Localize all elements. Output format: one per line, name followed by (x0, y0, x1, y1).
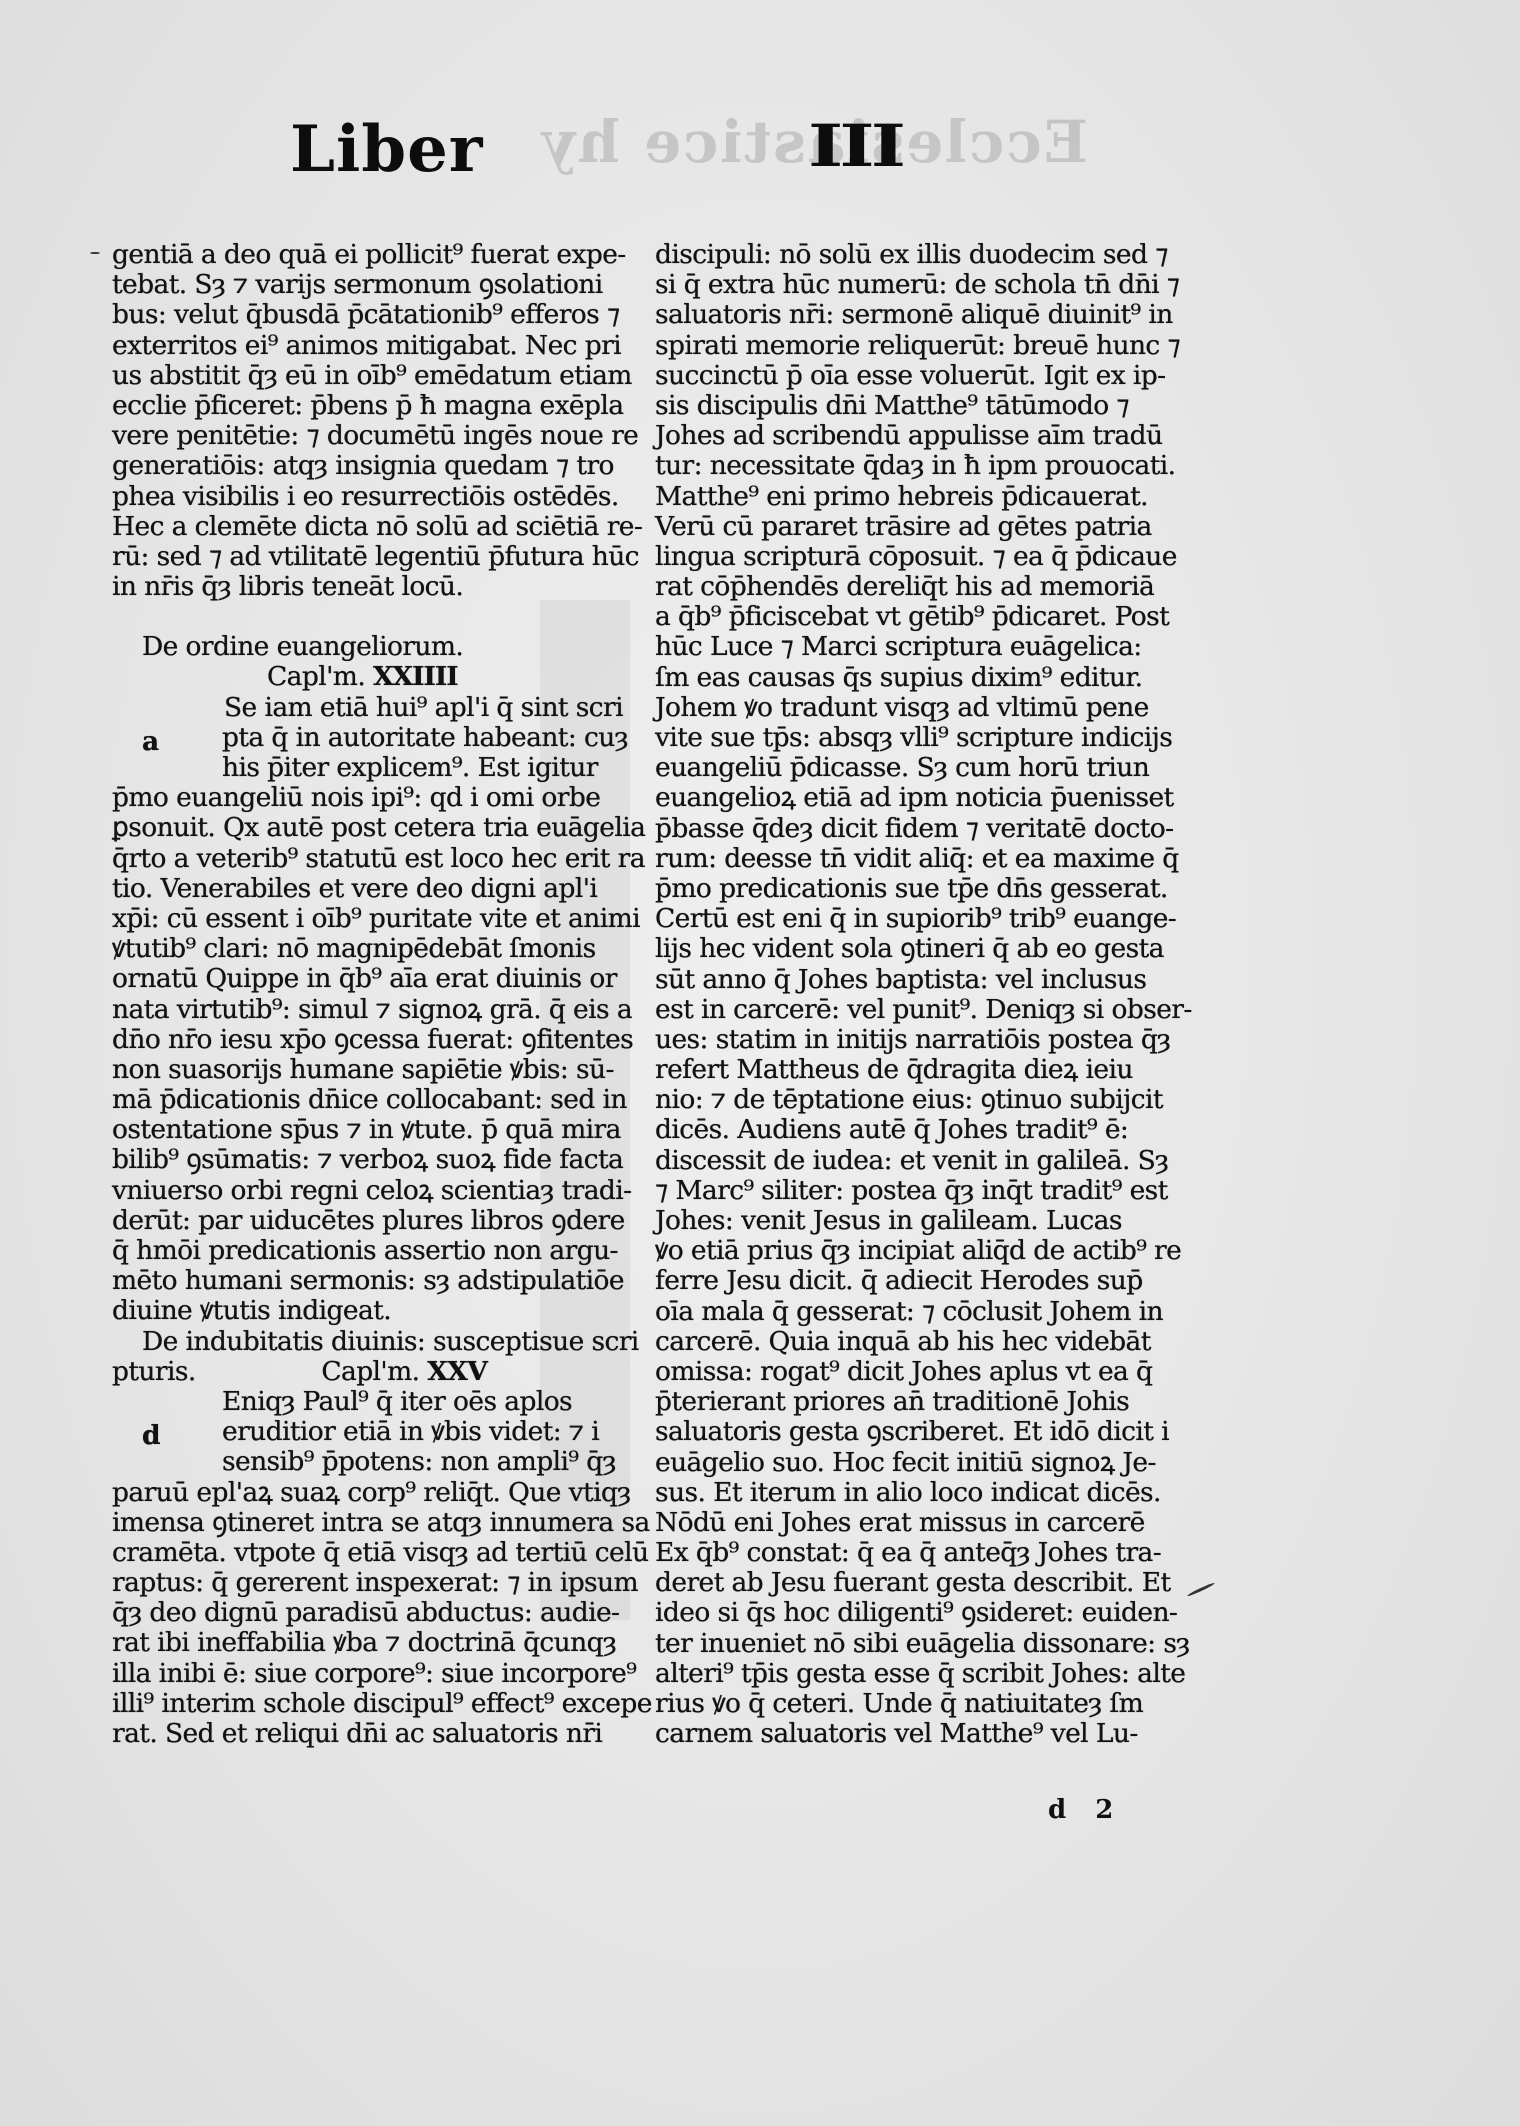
text-line: omissa: rogat⁹ dicit Johes aplus vt ea q… (655, 1357, 1175, 1387)
text-line: discipuli: nō solū ex illis duodecim sed… (655, 240, 1175, 270)
text-line: tur: necessitate q̄daȝ in ħ ipm prouocat… (655, 451, 1175, 481)
text-line: Verū cū pararet trāsire ad gētes patria (655, 512, 1175, 542)
text-line: euangeliū p̄dicasse. Sȝ cum horū triun (655, 753, 1175, 783)
guide-letter: a (142, 727, 159, 757)
text-line: saluatoris nr̄i: sermonē aliquē diuinit⁹… (655, 300, 1175, 330)
text-line: vniuerso orbi regni celoꝝ scientiaȝ trad… (112, 1176, 622, 1206)
text-line: bilib⁹ ꝯsūmatis: ⁊ verboꝝ suoꝝ fide fact… (112, 1145, 622, 1175)
text-line: p̄mo predicationis sue tp̄e dn̄s gessera… (655, 874, 1175, 904)
text-line: p̄terierant priores an̄ traditionē Johis (655, 1387, 1175, 1417)
text-line: q̄ hmōi predicationis assertio non argu- (112, 1236, 622, 1266)
text-line: ⁊ Marc⁹ siliter: postea q̄ȝ inq̄t tradit… (655, 1176, 1175, 1206)
text-line: ꝑsonuit. Qx autē post cetera tria euāgel… (112, 813, 622, 843)
text-line: euangelioꝝ etiā ad ipm noticia p̄uenisse… (655, 783, 1175, 813)
guide-letter: d (142, 1421, 160, 1451)
text-line: xp̄i: cū essent i oīb⁹ puritate vite et … (112, 904, 622, 934)
text-line: q̄ȝ deo dignū paradisū abductus: audie- (112, 1598, 622, 1628)
text-line: est in carcerē: vel punit⁹. Deniqȝ si ob… (655, 995, 1175, 1025)
chapter-title: De indubitatis diuinis: susceptisue scri (112, 1327, 622, 1357)
text-line: paruū epl'aꝝ suaꝝ corp⁹ reliq̄t. Que vti… (112, 1478, 622, 1508)
text-line: rat ibi ineffabilia ꝟba ⁊ doctrinā q̄cun… (112, 1628, 622, 1658)
text-line: dn̄o nr̄o iesu xp̄o ꝯcessa fuerat: ꝯfite… (112, 1025, 622, 1055)
text-line: vere penitētie: ⁊ documētū ingēs noue re (112, 421, 622, 451)
text-line: diuine ꝟtutis indigeat. (112, 1296, 622, 1326)
text-line: ꝟtutib⁹ clari: nō magnipēdebāt ſmonis (112, 934, 622, 964)
text-line: sus. Et iterum in alio loco indicat dicē… (655, 1478, 1175, 1508)
text-line: illi⁹ interim schole discipul⁹ effect⁹ e… (112, 1689, 622, 1719)
text-line: cramēta. vtpote q̄ etiā visqȝ ad tertiū … (112, 1538, 622, 1568)
dropcap-block: a Se iam etiā hui⁹ apl'i q̄ sint scri pt… (112, 693, 622, 784)
text-line: us abstitit q̄ȝ eū in oīb⁹ emēdatum etia… (112, 361, 622, 391)
text-line: his p̄iter explicem⁹. Est igitur (222, 753, 622, 783)
text-line: tio. Venerabiles et vere deo digni apl'i (112, 874, 622, 904)
text-line: raptus: q̄ gererent inspexerat: ⁊ in ips… (112, 1568, 622, 1598)
text-line: Se iam etiā hui⁹ apl'i q̄ sint scri (112, 693, 622, 723)
text-line: mā p̄dicationis dn̄ice collocabant: sed … (112, 1085, 622, 1115)
text-line: hūc Luce ⁊ Marci scriptura euāgelica: (655, 632, 1175, 662)
text-line: exterritos ei⁹ animos mitigabat. Nec pri (112, 331, 622, 361)
text-line: ferre Jesu dicit. q̄ adiecit Herodes sup… (655, 1266, 1175, 1296)
text-line: illa inibi ē: siue corpore⁹: siue incorp… (112, 1659, 622, 1689)
text-line: Matthe⁹ eni primo hebreis p̄dicauerat. (655, 482, 1175, 512)
text-line: rius ꝟo q̄ ceteri. Unde q̄ natiuitateȝ ſ… (655, 1689, 1175, 1719)
text-line: ornatū Quippe in q̄b⁹ aīa erat diuinis o… (112, 964, 622, 994)
text-line: p̄mo euangeliū nois ipi⁹: qd i omi orbe (112, 783, 622, 813)
text-line: a q̄b⁹ p̄ficiscebat vt gētib⁹ p̄dicaret.… (655, 602, 1175, 632)
text-line: rat cōp̄hendēs dereliq̄t his ad memoriā (655, 572, 1175, 602)
text-line: Certū est eni q̄ in supiorib⁹ trib⁹ euan… (655, 904, 1175, 934)
dropcap-block: d Eniqȝ Paul⁹ q̄ iter oēs aplos eruditio… (112, 1387, 622, 1478)
text-line: carnem saluatoris vel Matthe⁹ vel Lu- (655, 1719, 1175, 1749)
text-line: nio: ⁊ de tēptatione eius: ꝯtinuo subijc… (655, 1085, 1175, 1115)
text-line: ues: statim in initijs narratiōis postea… (655, 1025, 1175, 1055)
text-line: spirati memorie reliquerūt: breuē hunc ⁊ (655, 331, 1175, 361)
text-line: derūt: par uiducētes plures libros ꝯdere (112, 1206, 622, 1236)
text-line: Hec a clemēte dicta nō solū ad sciētiā r… (112, 512, 622, 542)
text-line: alteri⁹ tp̄is gesta esse q̄ scribit Johe… (655, 1659, 1175, 1689)
text-line: phea visibilis i eo resurrectiōis ostēdē… (112, 482, 622, 512)
ink-mark (90, 252, 100, 254)
text-line: ostentatione sp̄us ⁊ in ꝟtute. p̄ quā mi… (112, 1115, 622, 1145)
text-line: lijs hec vident sola ꝯtineri q̄ ab eo ge… (655, 934, 1175, 964)
chapter-label: Capl'm. (321, 1356, 419, 1387)
text-line: dicēs. Audiens autē q̄ Johes tradit⁹ ē: (655, 1115, 1175, 1145)
text-line: ꝟo etiā prius q̄ȝ incipiat aliq̄d de act… (655, 1236, 1175, 1266)
text-line: vite sue tp̄s: absqȝ vlli⁹ scripture ind… (655, 723, 1175, 753)
text-line: saluatoris gesta ꝯscriberet. Et idō dici… (655, 1417, 1175, 1447)
text-line: p̄basse q̄deȝ dicit fidem ⁊ veritatē doc… (655, 814, 1175, 844)
text-line: Ex q̄b⁹ constat: q̄ ea q̄ anteq̄ȝ Johes … (655, 1538, 1175, 1568)
text-line: deret ab Jesu fuerant gesta describit. E… (655, 1568, 1175, 1598)
text-line: Johes: venit Jesus in galileam. Lucas (655, 1206, 1175, 1236)
text-line: ecclie p̄ficeret: p̄bens p̄ ħ magna exēp… (112, 391, 622, 421)
text-line: rū: sed ⁊ ad vtilitatē legentiū p̄futura… (112, 542, 622, 572)
text-line: ideo si q̄s hoc diligenti⁹ ꝯsideret: eui… (655, 1598, 1175, 1628)
text-line: discessit de iudea: et venit in galileā.… (655, 1146, 1175, 1176)
text-line: Johes ad scribendū appulisse aīm tradū (655, 421, 1175, 451)
ink-mark (1187, 1582, 1215, 1597)
running-head-book-number: III (808, 112, 902, 180)
text-line: imensa ꝯtineret intra se atqȝ innumera s… (112, 1508, 622, 1538)
text-line: succinctū p̄ oīa esse voluerūt. Igit ex … (655, 361, 1175, 391)
text-line: q̄rto a veterib⁹ statutū est loco hec er… (112, 844, 622, 874)
text-line: sis discipulis dn̄i Matthe⁹ tātūmodo ⁊ (655, 391, 1175, 421)
scanned-page: Ecclesiastice hy Liber III gentiā a deo … (0, 0, 1520, 2126)
text-line: tebat. Sȝ ⁊ varijs sermonum ꝯsolationi (112, 270, 622, 300)
text-line: ſm eas causas q̄s supius dixim⁹ editur. (655, 663, 1175, 693)
chapter-heading: pturis. Capl'm. XXV (112, 1357, 622, 1387)
chapter-heading: Capl'm. XXIIII (112, 662, 622, 692)
text-line: eruditior etiā in ꝟbis videt: ⁊ i (222, 1417, 622, 1447)
text-line: rat. Sed et reliqui dn̄i ac saluatoris n… (112, 1719, 622, 1749)
text-line: euāgelio suo. Hoc fecit initiū signoꝝ Je… (655, 1448, 1175, 1478)
text-line: pta q̄ in autoritate habeant: cuȝ (222, 723, 622, 753)
text-line: bus: velut q̄busdā p̄cātationib⁹ efferos… (112, 300, 622, 330)
text-line: sensib⁹ p̄potens: non ampli⁹ q̄ȝ (222, 1447, 622, 1477)
text-line: sūt anno q̄ Johes baptista: vel inclusus (655, 965, 1175, 995)
text-line: non suasorijs humane sapiētie ꝟbis: sū- (112, 1055, 622, 1085)
chapter-number: XXIIII (373, 661, 458, 692)
text-line: rum: deesse tn̄ vidit aliq̄: et ea maxim… (655, 844, 1175, 874)
text-line: Nōdū eni Johes erat missus in carcerē (655, 1508, 1175, 1538)
chapter-title: De ordine euangeliorum. (112, 632, 622, 662)
signature-mark: d 2 (1048, 1795, 1123, 1825)
chapter-number: XXV (427, 1356, 487, 1387)
running-head-left: Liber (290, 112, 484, 187)
text-line: nata virtutib⁹: simul ⁊ signoꝝ grā. q̄ e… (112, 995, 622, 1025)
chapter-label: Capl'm. (267, 661, 365, 692)
text-line: mēto humani sermonis: sȝ adstipulatiōe (112, 1266, 622, 1296)
text-line: refert Mattheus de q̄dragita dieꝝ ieiu (655, 1055, 1175, 1085)
text-line: Johem ꝟo tradunt visqȝ ad vltimū pene (655, 693, 1175, 723)
text-line: in nr̄is q̄ȝ libris teneāt locū. (112, 572, 622, 602)
chapter-title-continuation: pturis. (112, 1356, 196, 1387)
text-line: generatiōis: atqȝ insignia quedam ⁊ tro (112, 451, 622, 481)
right-column: discipuli: nō solū ex illis duodecim sed… (655, 240, 1175, 1749)
left-column: gentiā a deo quā ei pollicit⁹ fuerat exp… (112, 240, 622, 1749)
text-line: oīa mala q̄ gesserat: ⁊ cōclusit Johem i… (655, 1297, 1175, 1327)
text-line: lingua scripturā cōposuit. ⁊ ea q̄ p̄dic… (655, 542, 1175, 572)
text-line: Eniqȝ Paul⁹ q̄ iter oēs aplos (222, 1387, 622, 1417)
text-line: gentiā a deo quā ei pollicit⁹ fuerat exp… (112, 240, 622, 270)
text-line: ter inueniet nō sibi euāgelia dissonare:… (655, 1629, 1175, 1659)
text-line: si q̄ extra hūc numerū: de schola tn̄ dn… (655, 270, 1175, 300)
text-line: carcerē. Quia inquā ab his hec videbāt (655, 1327, 1175, 1357)
